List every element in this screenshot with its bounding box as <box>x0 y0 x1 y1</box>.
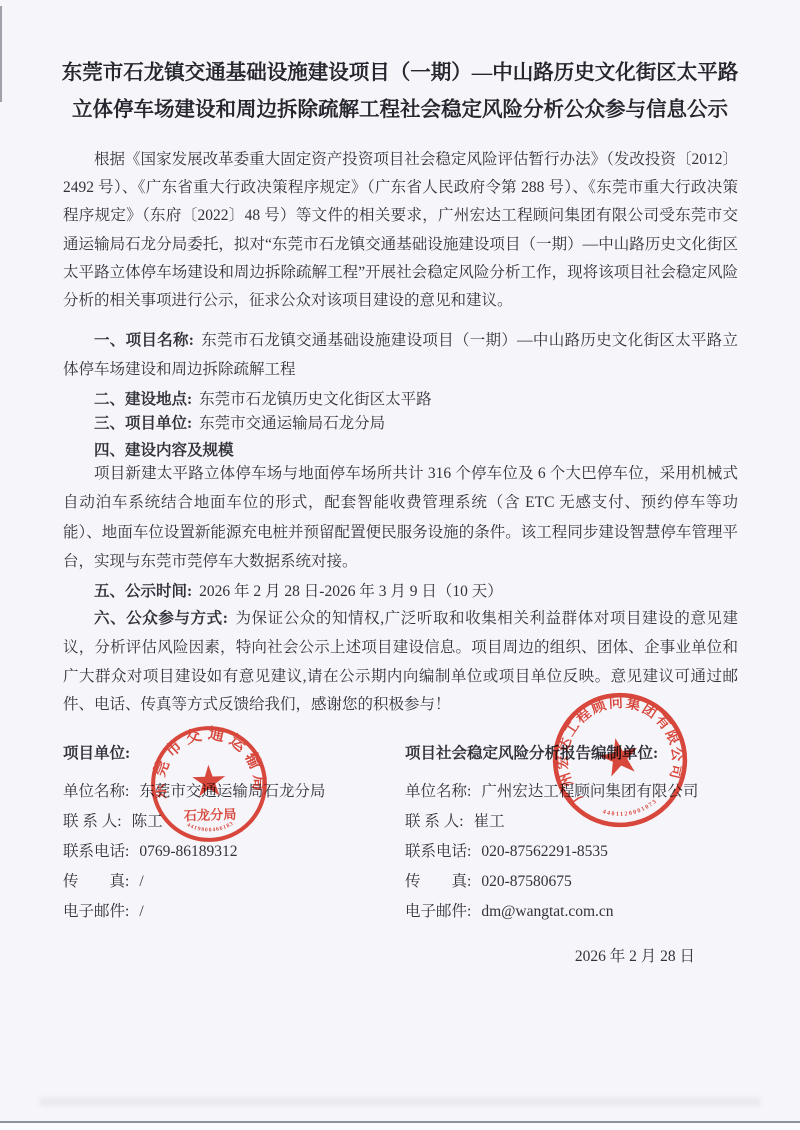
doc-title-line1: 东莞市石龙镇交通基础设施建设项目（一期）—中山路历史文化街区太平路 <box>62 62 739 84</box>
section-location-label: 二、建设地点: <box>94 391 192 408</box>
row-value: 020-87580675 <box>481 867 571 897</box>
project-unit-block: 项目单位: 单位名称:东莞市交通运输局石龙分局 联 系 人:陈工 联系电话:07… <box>63 739 398 927</box>
row-label: 传 真: <box>63 867 129 897</box>
project-unit-row-phone: 联系电话:0769-86189312 <box>63 837 398 867</box>
project-unit-heading: 项目单位: <box>63 739 398 777</box>
row-label: 联 系 人: <box>63 807 122 837</box>
section-project-name-label: 一、项目名称: <box>94 332 194 349</box>
scan-edge-left <box>0 6 2 102</box>
row-value: 广州宏达工程顾问集团有限公司 <box>481 777 698 807</box>
intro-paragraph: 根据《国家发展改革委重大固定资产投资项目社会稳定风险评估暂行办法》（发改投资〔2… <box>63 146 738 315</box>
row-value: 0769-86189312 <box>139 837 237 867</box>
project-unit-row-email: 电子邮件:/ <box>63 897 398 927</box>
section-participation-label: 六、公众参与方式: <box>94 610 228 627</box>
section-owner-text: 东莞市交通运输局石龙分局 <box>199 415 385 432</box>
row-value: 崔工 <box>474 807 505 837</box>
row-value: 020-87562291-8535 <box>481 837 608 867</box>
row-label: 联系电话: <box>405 837 471 867</box>
section-publicity-period-text: 2026 年 2 月 28 日-2026 年 3 月 9 日（10 天） <box>199 583 503 600</box>
section-project-name: 一、项目名称:东莞市石龙镇交通基础设施建设项目（一期）—中山路历史文化街区太平路… <box>63 327 738 384</box>
doc-title-line2: 立体停车场建设和周边拆除疏解工程社会稳定风险分析公众参与信息公示 <box>72 99 728 121</box>
report-unit-row-name: 单位名称:广州宏达工程顾问集团有限公司 <box>405 777 755 807</box>
report-unit-row-email: 电子邮件:dm@wangtat.com.cn <box>405 897 755 927</box>
report-unit-row-fax: 传 真:020-87580675 <box>405 867 755 897</box>
section-participation: 六、公众参与方式:为保证公众的知情权,广泛听取和收集相关利益群体对项目建设的意见… <box>63 605 738 720</box>
row-label: 电子邮件: <box>405 897 471 927</box>
scan-smudge <box>40 1098 760 1106</box>
section-location-text: 东莞市石龙镇历史文化街区太平路 <box>199 391 432 408</box>
report-unit-row-phone: 联系电话:020-87562291-8535 <box>405 837 755 867</box>
row-label: 传 真: <box>405 867 471 897</box>
report-unit-heading: 项目社会稳定风险分析报告编制单位: <box>405 739 755 777</box>
row-value: / <box>139 867 143 897</box>
row-value: 东莞市交通运输局石龙分局 <box>139 777 325 807</box>
row-value: dm@wangtat.com.cn <box>481 897 613 927</box>
report-unit-row-contact: 联 系 人:崔工 <box>405 807 755 837</box>
doc-date: 2026 年 2 月 28 日 <box>540 944 730 966</box>
project-unit-row-fax: 传 真:/ <box>63 867 398 897</box>
section-owner: 三、项目单位:东莞市交通运输局石龙分局 <box>63 410 738 438</box>
row-value: 陈工 <box>132 807 163 837</box>
row-label: 电子邮件: <box>63 897 129 927</box>
project-unit-row-contact: 联 系 人:陈工 <box>63 807 398 837</box>
section-publicity-period: 五、公示时间:2026 年 2 月 28 日-2026 年 3 月 9 日（10… <box>63 578 738 606</box>
row-label: 单位名称: <box>63 777 129 807</box>
row-label: 联系电话: <box>63 837 129 867</box>
scan-edge-bottom <box>0 1121 800 1130</box>
row-label: 联 系 人: <box>405 807 464 837</box>
section-publicity-period-label: 五、公示时间: <box>94 583 192 600</box>
project-unit-row-name: 单位名称:东莞市交通运输局石龙分局 <box>63 777 398 807</box>
row-label: 单位名称: <box>405 777 471 807</box>
section-scope-label: 四、建设内容及规模 <box>94 442 234 459</box>
document-page: 东莞市石龙镇交通基础设施建设项目（一期）—中山路历史文化街区太平路立体停车场建设… <box>0 0 800 1130</box>
row-value: / <box>139 897 143 927</box>
report-unit-block: 项目社会稳定风险分析报告编制单位: 单位名称:广州宏达工程顾问集团有限公司 联 … <box>405 739 755 927</box>
doc-title: 东莞市石龙镇交通基础设施建设项目（一期）—中山路历史文化街区太平路立体停车场建设… <box>52 55 748 129</box>
section-scope-paragraph: 项目新建太平路立体停车场与地面停车场所共计 316 个停车位及 6 个大巴停车位… <box>63 459 738 577</box>
section-owner-label: 三、项目单位: <box>94 415 192 432</box>
